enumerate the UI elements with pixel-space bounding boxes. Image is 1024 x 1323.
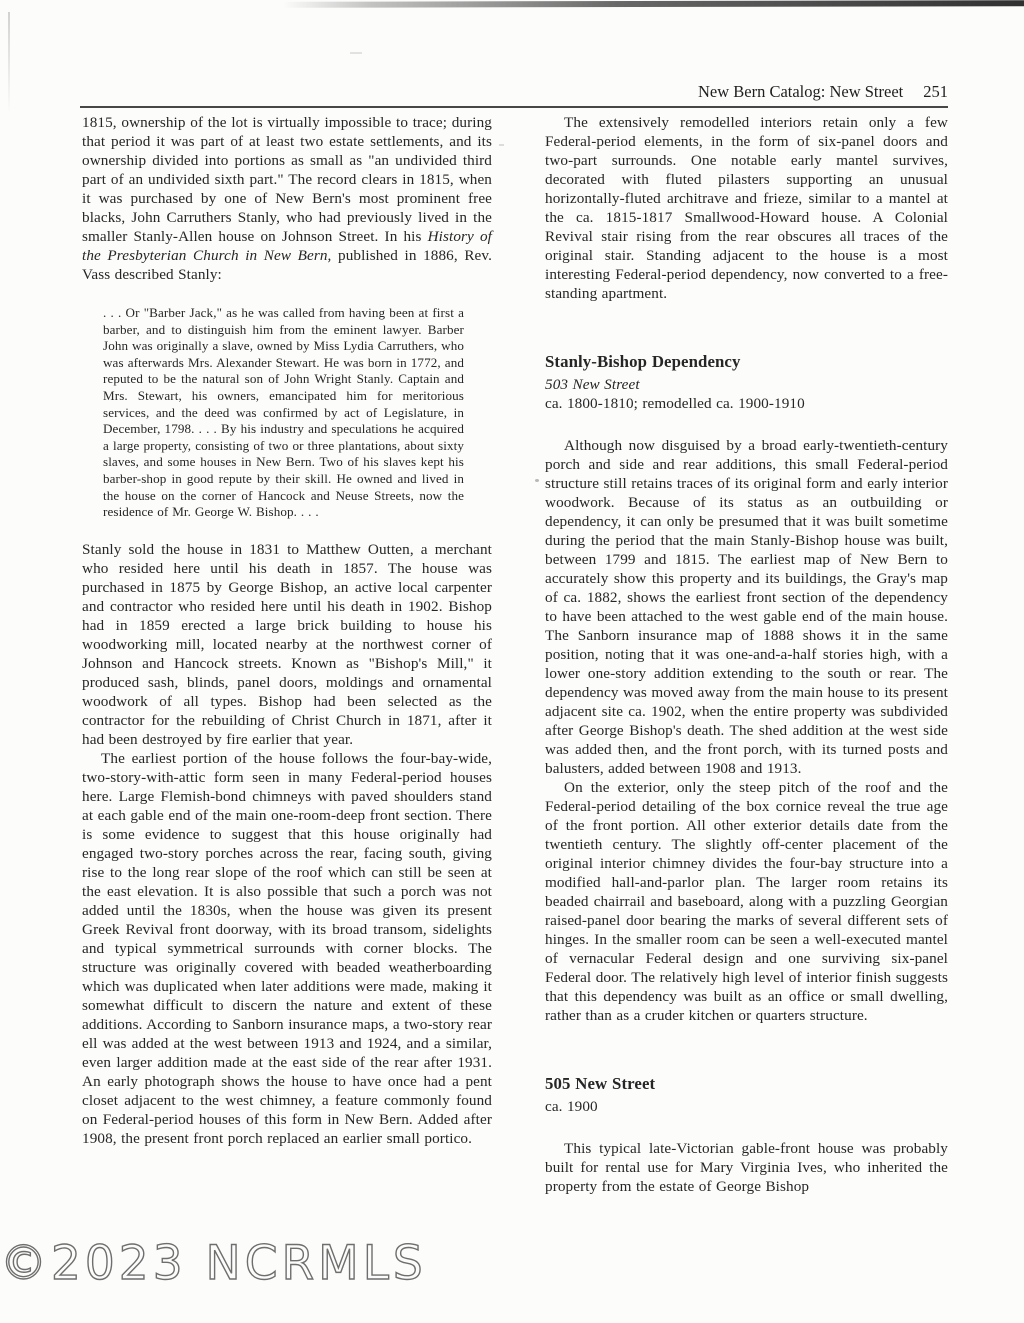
book-page-scan: New Bern Catalog: New Street251 1815, ow… — [0, 0, 1024, 1323]
scan-edge-artifact-left — [8, 12, 10, 114]
scan-edge-artifact-top — [283, 0, 1024, 8]
watermark: ©2023 NCRMLS — [0, 1236, 427, 1291]
running-head: New Bern Catalog: New Street251 — [80, 82, 948, 108]
paragraph: Although now disguised by a broad early-… — [545, 436, 948, 778]
text-column-left: 1815, ownership of the lot is virtually … — [82, 113, 492, 1148]
scan-speck — [350, 52, 362, 54]
text-column-right: The extensively remodelled interiors ret… — [545, 113, 948, 1196]
running-head-title: New Bern Catalog: New Street — [698, 82, 903, 101]
date-line: ca. 1800-1810; remodelled ca. 1900-1910 — [545, 394, 948, 413]
page-number: 251 — [923, 82, 948, 101]
date-line: ca. 1900 — [545, 1097, 948, 1116]
blockquote: . . . Or "Barber Jack," as he was called… — [103, 305, 464, 521]
paragraph: The extensively remodelled interiors ret… — [545, 113, 948, 303]
paragraph: Stanly sold the house in 1831 to Matthew… — [82, 540, 492, 749]
section-heading: 505 New Street — [545, 1073, 948, 1094]
paragraph: 1815, ownership of the lot is virtually … — [82, 113, 492, 284]
paragraph: The earliest portion of the house follow… — [82, 749, 492, 1148]
scan-speck — [499, 144, 504, 146]
scan-speck — [535, 479, 539, 482]
address-line: 503 New Street — [545, 375, 948, 394]
section-heading: Stanly-Bishop Dependency — [545, 351, 948, 372]
paragraph: This typical late-Victorian gable-front … — [545, 1139, 948, 1196]
paragraph: On the exterior, only the steep pitch of… — [545, 778, 948, 1025]
